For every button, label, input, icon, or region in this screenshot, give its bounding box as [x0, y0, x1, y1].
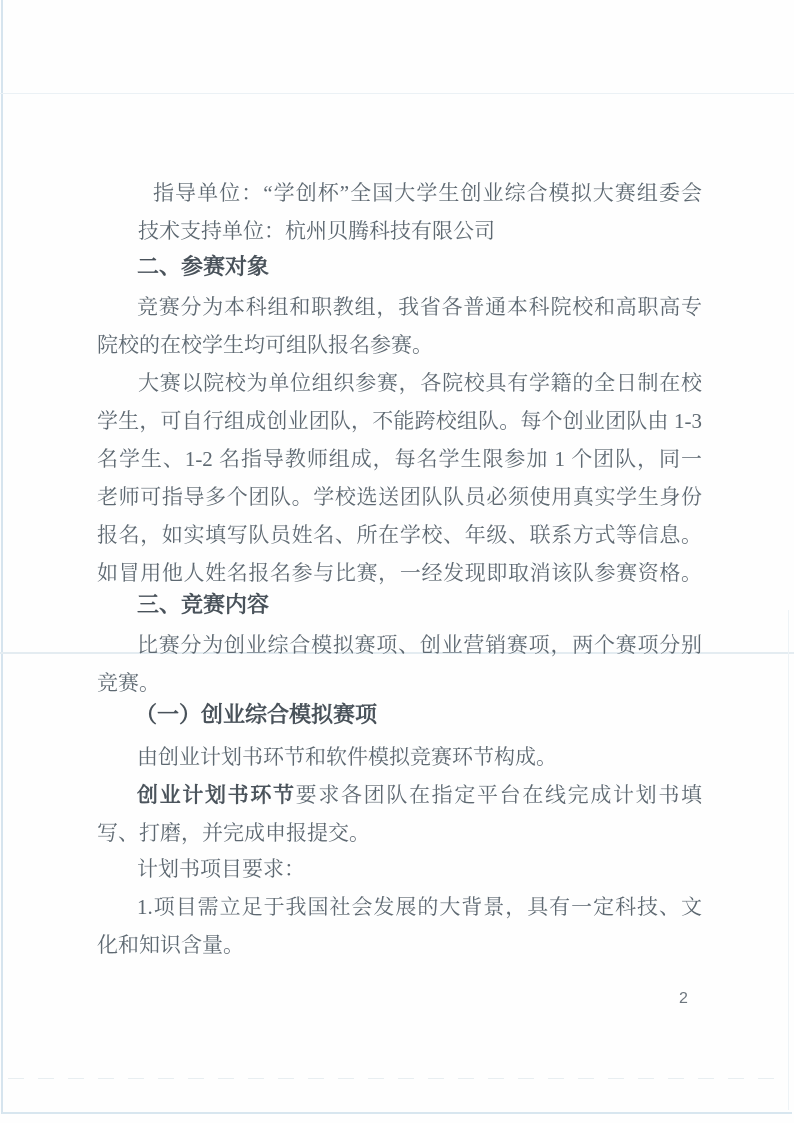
- scan-hairline-top: [0, 93, 794, 94]
- content-para1-line1: 比赛分为创业综合模拟赛项、创业营销赛项，两个赛项分别: [97, 632, 702, 659]
- participants-para1-line1: 竞赛分为本科组和职教组，我省各普通本科院校和高职高专: [97, 294, 702, 321]
- tech-support-unit-line: 技术支持单位：杭州贝腾科技有限公司: [97, 218, 702, 245]
- subsection-simulation-heading: （一）创业综合模拟赛项: [97, 701, 702, 728]
- section-content-heading: 三、竞赛内容: [97, 591, 702, 618]
- content-para1-line2: 竞赛。: [97, 670, 702, 697]
- participants-para2-line2: 学生，可自行组成创业团队，不能跨校组队。每个创业团队由 1-3: [97, 408, 702, 435]
- simulation-para2-line1: 创业计划书环节要求各团队在指定平台在线完成计划书填: [97, 782, 702, 809]
- simulation-para4-line1: 1.项目需立足于我国社会发展的大背景，具有一定科技、文: [97, 894, 702, 921]
- participants-para2-line1: 大赛以院校为单位组织参赛，各院校具有学籍的全日制在校: [97, 370, 702, 397]
- page-number: 2: [679, 990, 688, 1008]
- scan-bottom-edge-line: [2, 1112, 792, 1114]
- business-plan-stage-bold-label: 创业计划书环节: [137, 783, 296, 807]
- simulation-para2-line1-rest: 要求各团队在指定平台在线完成计划书填: [296, 783, 702, 807]
- participants-para2-line6: 如冒用他人姓名报名参与比赛，一经发现即取消该队参赛资格。: [97, 560, 702, 587]
- simulation-para2-line2: 写、打磨，并完成申报提交。: [97, 820, 702, 847]
- scan-right-edge-line: [788, 610, 789, 1110]
- simulation-para1-line1: 由创业计划书环节和软件模拟竞赛环节构成。: [97, 744, 702, 771]
- guidance-unit-line: 指导单位：“学创杯”全国大学生创业综合模拟大赛组委会: [97, 180, 702, 207]
- simulation-para3-line1: 计划书项目要求：: [97, 856, 702, 883]
- simulation-para4-line2: 化和知识含量。: [97, 932, 702, 959]
- document-page: 指导单位：“学创杯”全国大学生创业综合模拟大赛组委会 技术支持单位：杭州贝腾科技…: [0, 0, 794, 1123]
- participants-para2-line4: 老师可指导多个团队。学校选送团队队员必须使用真实学生身份: [97, 484, 702, 511]
- participants-para2-line5: 报名，如实填写队员姓名、所在学校、年级、联系方式等信息。: [97, 522, 702, 549]
- participants-para2-line3: 名学生、1-2 名指导教师组成，每名学生限参加 1 个团队，同一: [97, 446, 702, 473]
- participants-para1-line2: 院校的在校学生均可组队报名参赛。: [97, 332, 702, 359]
- section-participants-heading: 二、参赛对象: [97, 253, 702, 280]
- scan-hairline-bottom: [8, 1078, 780, 1079]
- scan-left-edge-line: [1, 0, 3, 1114]
